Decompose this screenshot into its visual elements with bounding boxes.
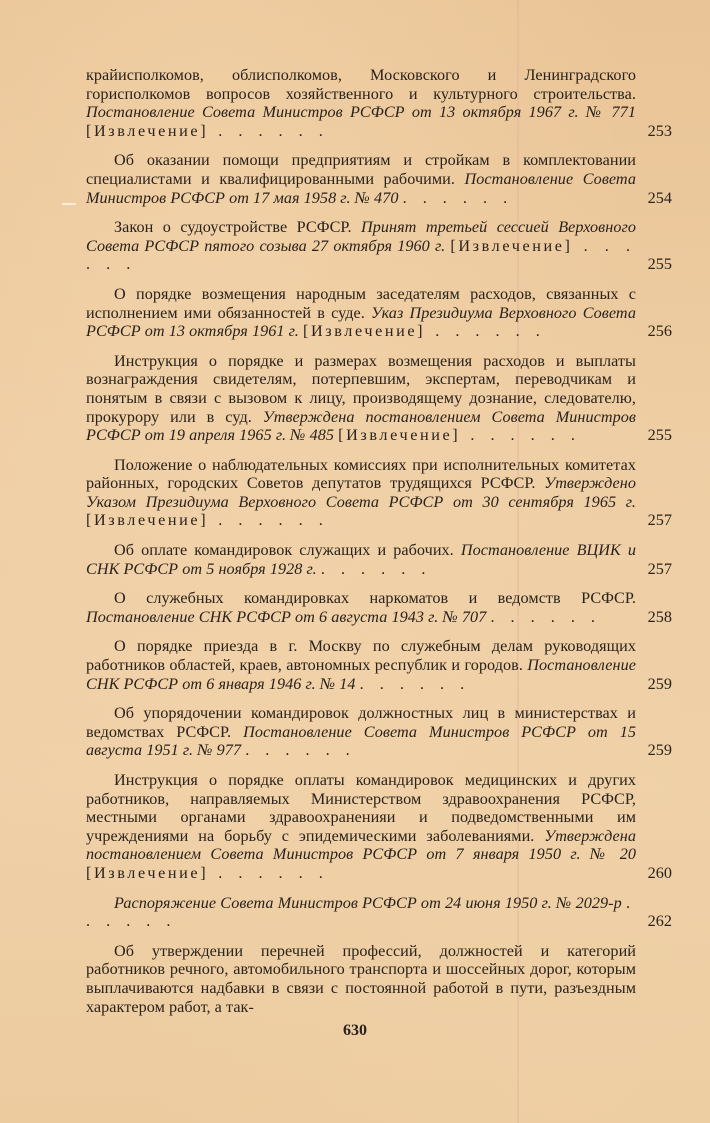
- toc-entry: О порядке возмещения народным заседателя…: [86, 285, 636, 341]
- entry-page-number: 253: [648, 122, 672, 141]
- toc-entry: Об оказании помощи предприятиям и стройк…: [86, 151, 636, 207]
- entry-page-number: 259: [620, 741, 672, 760]
- entry-note: [Извлечение]: [303, 322, 425, 340]
- entry-page-number: 257: [620, 511, 672, 530]
- toc-entry: Инструкция о порядке оплаты командировок…: [86, 771, 636, 883]
- toc-entry: Закон о судоустройстве РСФСР. Принят тре…: [86, 218, 636, 274]
- entry-title: Об утверждении перечней профессий, должн…: [86, 942, 636, 1016]
- entry-note: [Извлечение]: [86, 864, 208, 882]
- dot-leader: . . . . . .: [321, 560, 432, 578]
- toc-entry: Положение о наблюдательных комиссиях при…: [86, 456, 636, 530]
- entry-page-number: 255: [620, 255, 672, 274]
- toc-entry: О служебных командировках наркоматов и в…: [86, 589, 636, 626]
- dot-leader: . . . . . .: [208, 511, 329, 529]
- entry-page-number: 255: [620, 426, 672, 445]
- entry-title: крайисполкомов, облисполкомов, Московско…: [86, 66, 636, 103]
- entry-note: [Извлечение]: [86, 122, 208, 140]
- entry-source: Постановление Совета Министров РСФСР от …: [86, 103, 636, 121]
- entry-note: [Извлечение]: [450, 237, 572, 255]
- table-of-contents: крайисполкомов, облисполкомов, Московско…: [86, 66, 636, 1027]
- entry-title: Об оплате командировок служащих и рабочи…: [114, 541, 461, 559]
- entry-page-number: 257: [620, 560, 672, 579]
- toc-entry: О порядке приезда в г. Москву по служебн…: [86, 637, 636, 693]
- entry-source: Распоряжение Совета Министров РСФСР от 2…: [114, 894, 626, 912]
- entry-page-number: 262: [620, 912, 672, 931]
- dot-leader: . . . . . .: [403, 189, 514, 207]
- dot-leader: . . . . . .: [208, 122, 329, 140]
- dot-leader: . . . . . .: [360, 675, 471, 693]
- entry-page-number: 258: [620, 608, 672, 627]
- dot-leader: . . . . . .: [425, 322, 546, 340]
- entry-title: Закон о судоустройстве РСФСР.: [114, 218, 361, 236]
- toc-entry: Об оплате командировок служащих и рабочи…: [86, 541, 636, 578]
- toc-entry: Распоряжение Совета Министров РСФСР от 2…: [86, 894, 636, 931]
- entry-page-number: 259: [620, 675, 672, 694]
- toc-entry: крайисполкомов, облисполкомов, Московско…: [86, 66, 636, 140]
- entry-note: [Извлечение]: [86, 511, 208, 529]
- entry-page-number: 254: [620, 189, 672, 208]
- entry-source: Постановление СНК РСФСР от 6 августа 194…: [86, 608, 490, 626]
- dot-leader: . . . . . .: [208, 864, 329, 882]
- toc-entry: Инструкция о порядке и размерах возмещен…: [86, 352, 636, 445]
- toc-entry: Об упорядочении командировок должностных…: [86, 704, 636, 760]
- entry-page-number: 256: [620, 322, 672, 341]
- dot-leader: . . . . . .: [490, 608, 601, 626]
- entry-title: О служебных командировках наркоматов и в…: [114, 589, 636, 607]
- entry-page-number: 260: [620, 864, 672, 883]
- toc-entry: Об утверждении перечней профессий, должн…: [86, 942, 636, 1016]
- entry-note: [Извлечение]: [338, 426, 460, 444]
- page-number: 630: [0, 1022, 710, 1040]
- margin-mark: [62, 203, 76, 205]
- dot-leader: . . . . . .: [245, 741, 356, 759]
- dot-leader: . . . . . .: [460, 426, 581, 444]
